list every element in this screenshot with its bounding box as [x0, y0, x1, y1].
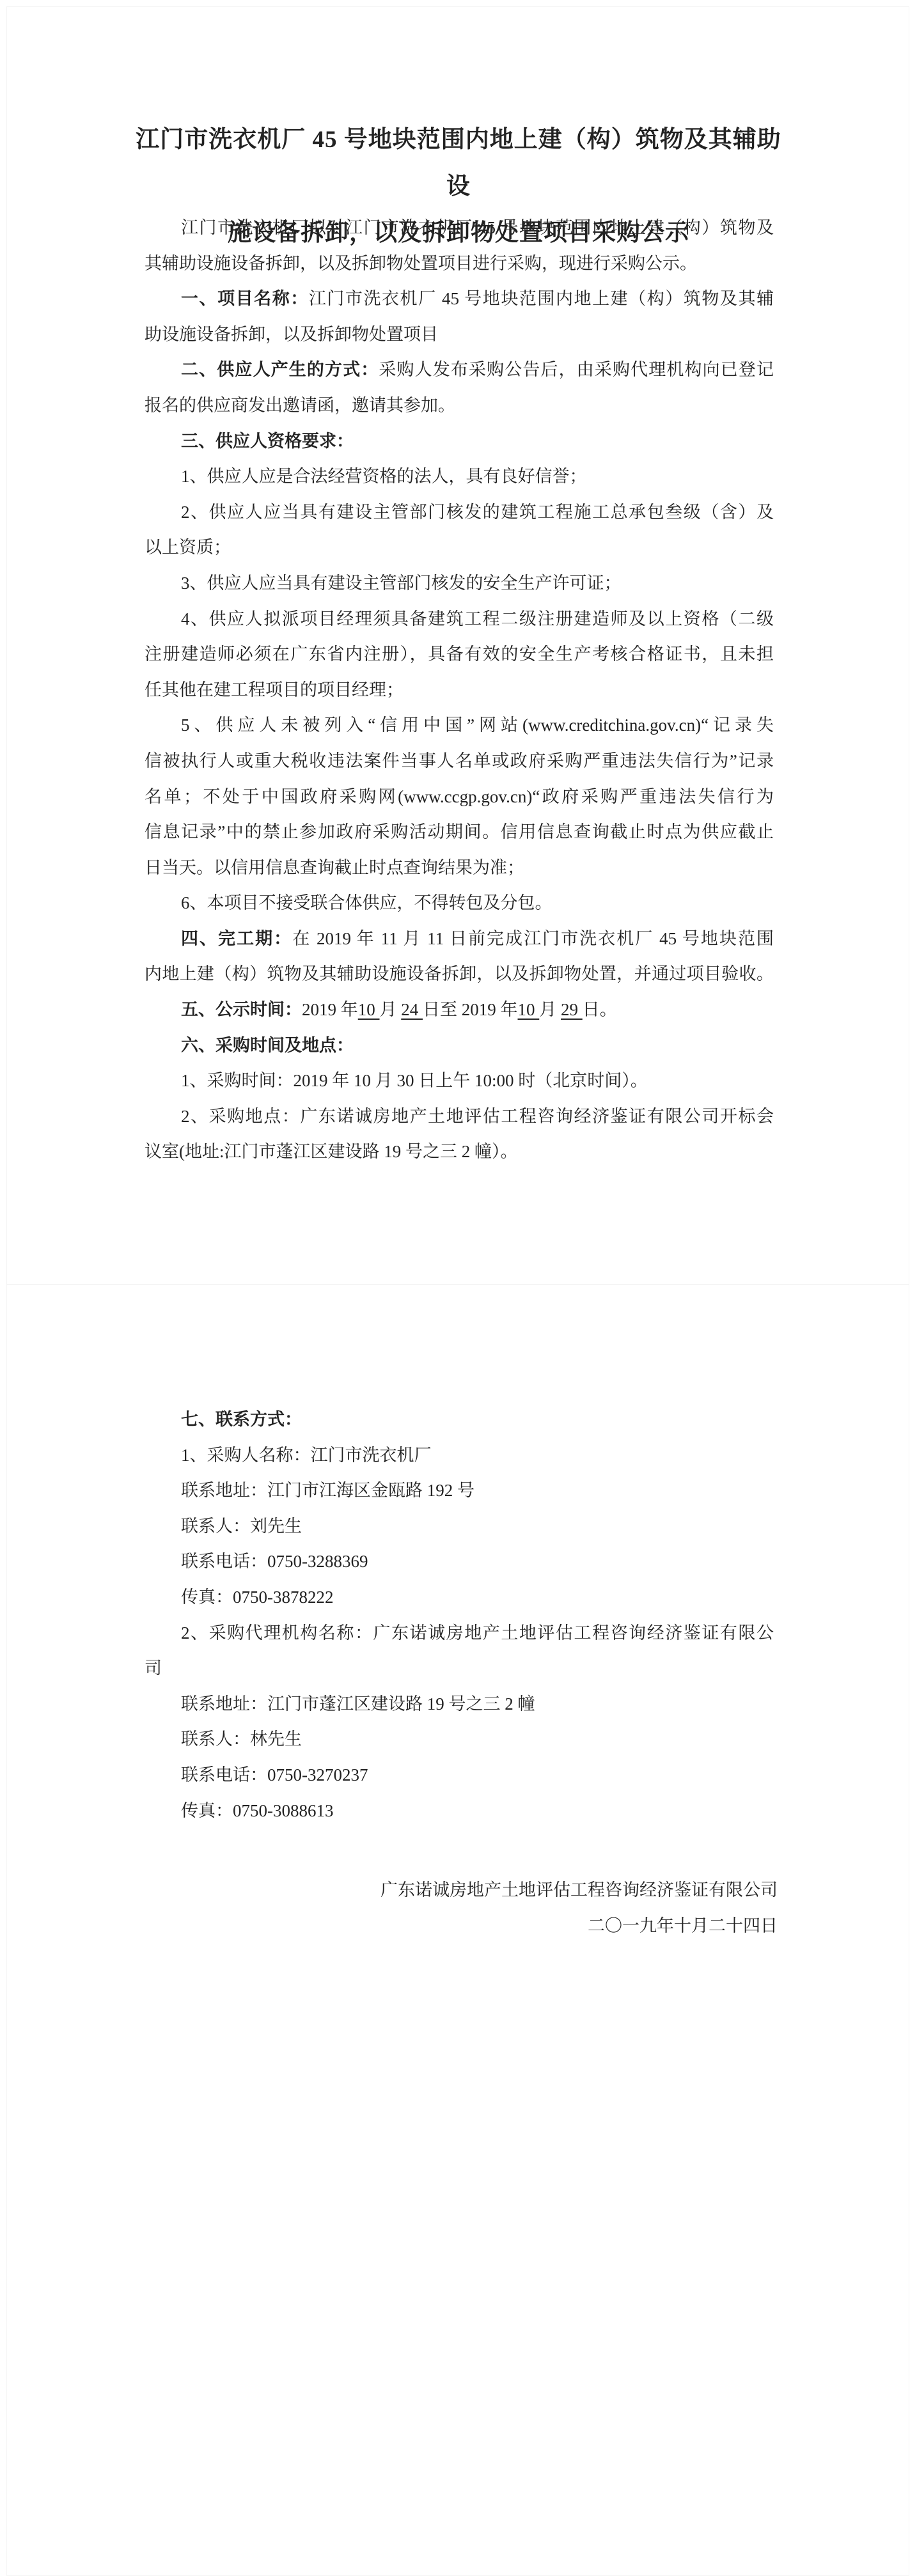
text-segment: 联系地址：江门市江海区金瓯路 192 号: [181, 1481, 474, 1500]
document-title-line-1: 江门市洗衣机厂 45 号地块范围内地上建（构）筑物及其辅助设: [134, 116, 783, 210]
text-segment: 2、采购代理机构名称：广东诺诚房地产土地评估工程咨询经济鉴证有限公: [181, 1623, 774, 1643]
document-line: 内地上建（构）筑物及其辅助设施设备拆卸，以及拆卸物处置，并通过项目验收。: [145, 956, 774, 992]
text-segment: 司: [145, 1659, 162, 1678]
text-segment: 联系人：林先生: [181, 1729, 302, 1749]
text-segment: 2、采购地点：广东诺诚房地产土地评估工程咨询经济鉴证有限公司开标会: [181, 1107, 774, 1126]
document-line: 2、采购地点：广东诺诚房地产土地评估工程咨询经济鉴证有限公司开标会: [145, 1099, 774, 1135]
line-heading-segment: 三、供应人资格要求：: [181, 432, 354, 451]
document-line: 注册建造师必须在广东省内注册），具备有效的安全生产考核合格证书，且未担: [145, 637, 774, 673]
text-segment: 5、供应人未被列入“信用中国”网站(www.creditchina.gov.cn…: [181, 715, 774, 735]
document-line: 联系人：刘先生: [145, 1509, 774, 1545]
text-segment: 内地上建（构）筑物及其辅助设施设备拆卸，以及拆卸物处置，并通过项目验收。: [145, 964, 774, 983]
signature-date: 二〇一九年十月二十四日: [145, 1909, 778, 1944]
document-line: 其辅助设施设备拆卸，以及拆卸物处置项目进行采购，现进行采购公示。: [145, 246, 774, 282]
text-segment: 信息记录”中的禁止参加政府采购活动期间。信用信息查询截止时点为供应截止: [145, 822, 774, 841]
text-segment: 2019 年: [302, 1000, 358, 1019]
text-segment: 1、采购时间：2019 年 10 月 30 日上午 10:00 时（北京时间）。: [181, 1071, 648, 1090]
underlined-segment: 24: [401, 1000, 423, 1019]
document-line: 日当天。以信用信息查询截止时点查询结果为准；: [145, 850, 774, 886]
text-segment: 6、本项目不接受联合体供应，不得转包及分包。: [181, 893, 553, 912]
document-line: 任其他在建工程项目的项目经理；: [145, 673, 774, 708]
document-body-page-1: 江门市洗衣机厂拟对江门市洗衣机厂 45 号地块范围内地上建（构）筑物及其辅助设施…: [145, 210, 774, 1170]
document-line: 报名的供应商发出邀请函，邀请其参加。: [145, 388, 774, 424]
document-line: 传真：0750-3088613: [145, 1793, 774, 1829]
document-line: 四、完工期：在 2019 年 11 月 11 日前完成江门市洗衣机厂 45 号地…: [145, 921, 774, 957]
text-segment: 联系电话：0750-3288369: [181, 1552, 368, 1571]
text-segment: 助设施设备拆卸，以及拆卸物处置项目: [145, 325, 438, 344]
text-segment: 月: [380, 1000, 402, 1019]
text-segment: 在 2019 年 11 月 11 日前完成江门市洗衣机厂 45 号地块范围: [292, 929, 774, 948]
document-line: 4、供应人拟派项目经理须具备建筑工程二级注册建造师及以上资格（二级: [145, 602, 774, 637]
text-segment: 名单；不处于中国政府采购网(www.ccgp.gov.cn)“政府采购严重违法失…: [145, 787, 774, 806]
text-segment: 采购人发布采购公告后，由采购代理机构向已登记: [379, 360, 774, 379]
document-line: 6、本项目不接受联合体供应，不得转包及分包。: [145, 886, 774, 921]
document-line: 助设施设备拆卸，以及拆卸物处置项目: [145, 317, 774, 353]
document-line: 以上资质；: [145, 530, 774, 566]
document-line: 七、联系方式：: [145, 1402, 774, 1438]
line-heading-segment: 一、项目名称：: [181, 289, 309, 308]
document-line: 信被执行人或重大税收违法案件当事人名单或政府采购严重违法失信行为”记录: [145, 744, 774, 779]
line-heading-segment: 六、采购时间及地点：: [181, 1036, 354, 1055]
text-segment: 1、采购人名称：江门市洗衣机厂: [181, 1446, 432, 1465]
text-segment: 联系人：刘先生: [181, 1517, 302, 1536]
text-segment: 4、供应人拟派项目经理须具备建筑工程二级注册建造师及以上资格（二级: [181, 609, 774, 628]
document-line: 信息记录”中的禁止参加政府采购活动期间。信用信息查询截止时点为供应截止: [145, 815, 774, 850]
line-heading-segment: 二、供应人产生的方式：: [181, 360, 379, 379]
text-segment: 江门市洗衣机厂拟对江门市洗衣机厂 45 号地块范围内地上建（构）筑物及: [181, 218, 774, 237]
line-heading-segment: 四、完工期：: [181, 929, 292, 948]
document-line: 二、供应人产生的方式：采购人发布采购公告后，由采购代理机构向已登记: [145, 352, 774, 388]
text-segment: 注册建造师必须在广东省内注册），具备有效的安全生产考核合格证书，且未担: [145, 644, 774, 664]
document-line: 联系地址：江门市江海区金瓯路 192 号: [145, 1473, 774, 1509]
document-line: 2、采购代理机构名称：广东诺诚房地产土地评估工程咨询经济鉴证有限公: [145, 1616, 774, 1651]
text-segment: 日当天。以信用信息查询截止时点查询结果为准；: [145, 858, 524, 877]
document-line: 传真：0750-3878222: [145, 1580, 774, 1616]
text-segment: 日至 2019 年: [423, 1000, 518, 1019]
underlined-segment: 10: [518, 1000, 540, 1019]
document-line: 一、项目名称：江门市洗衣机厂 45 号地块范围内地上建（构）筑物及其辅: [145, 281, 774, 317]
document-line: 三、供应人资格要求：: [145, 424, 774, 460]
text-segment: 联系地址：江门市蓬江区建设路 19 号之三 2 幢: [181, 1694, 535, 1713]
document-line: 联系人：林先生: [145, 1722, 774, 1758]
text-segment: 其辅助设施设备拆卸，以及拆卸物处置项目进行采购，现进行采购公示。: [145, 254, 697, 273]
signature-block: 广东诺诚房地产土地评估工程咨询经济鉴证有限公司 二〇一九年十月二十四日: [145, 1873, 778, 1944]
document-line: 司: [145, 1651, 774, 1687]
text-segment: 以上资质；: [145, 538, 231, 557]
text-segment: 联系电话：0750-3270237: [181, 1765, 368, 1784]
document-line: 五、公示时间：2019 年10 月 24 日至 2019 年10 月 29 日。: [145, 992, 774, 1028]
document-line: 5、供应人未被列入“信用中国”网站(www.creditchina.gov.cn…: [145, 708, 774, 744]
line-heading-segment: 五、公示时间：: [181, 1000, 302, 1019]
text-segment: 江门市洗衣机厂 45 号地块范围内地上建（构）筑物及其辅: [309, 289, 774, 308]
text-segment: 3、供应人应当具有建设主管部门核发的安全生产许可证；: [181, 574, 622, 593]
document-line: 江门市洗衣机厂拟对江门市洗衣机厂 45 号地块范围内地上建（构）筑物及: [145, 210, 774, 246]
document-line: 1、采购时间：2019 年 10 月 30 日上午 10:00 时（北京时间）。: [145, 1063, 774, 1099]
text-segment: 1、供应人应是合法经营资格的法人，具有良好信誉；: [181, 467, 587, 486]
document-line: 议室(地址:江门市蓬江区建设路 19 号之三 2 幢）。: [145, 1134, 774, 1170]
text-segment: 月: [539, 1000, 561, 1019]
document-line: 联系电话：0750-3288369: [145, 1544, 774, 1580]
signature-company: 广东诺诚房地产土地评估工程咨询经济鉴证有限公司: [145, 1873, 778, 1909]
underlined-segment: 29: [561, 1000, 583, 1019]
document-page: { "colors": { "text": "#222222", "page_b…: [0, 0, 917, 2576]
document-line: 1、采购人名称：江门市洗衣机厂: [145, 1438, 774, 1474]
document-line: 名单；不处于中国政府采购网(www.ccgp.gov.cn)“政府采购严重违法失…: [145, 779, 774, 815]
underlined-segment: 10: [358, 1000, 380, 1019]
document-line: 1、供应人应是合法经营资格的法人，具有良好信誉；: [145, 459, 774, 495]
line-heading-segment: 七、联系方式：: [181, 1410, 302, 1429]
document-body-page-2: 七、联系方式：1、采购人名称：江门市洗衣机厂联系地址：江门市江海区金瓯路 192…: [145, 1402, 774, 1829]
document-line: 2、供应人应当具有建设主管部门核发的建筑工程施工总承包叁级（含）及: [145, 495, 774, 531]
text-segment: 传真：0750-3088613: [181, 1801, 334, 1820]
document-line: 联系电话：0750-3270237: [145, 1758, 774, 1793]
text-segment: 日。: [583, 1000, 617, 1019]
text-segment: 2、供应人应当具有建设主管部门核发的建筑工程施工总承包叁级（含）及: [181, 503, 774, 522]
text-segment: 报名的供应商发出邀请函，邀请其参加。: [145, 396, 455, 415]
text-segment: 议室(地址:江门市蓬江区建设路 19 号之三 2 幢）。: [145, 1142, 518, 1161]
text-segment: 任其他在建工程项目的项目经理；: [145, 680, 404, 699]
document-line: 六、采购时间及地点：: [145, 1028, 774, 1064]
text-segment: 传真：0750-3878222: [181, 1588, 334, 1607]
document-line: 3、供应人应当具有建设主管部门核发的安全生产许可证；: [145, 566, 774, 602]
document-line: 联系地址：江门市蓬江区建设路 19 号之三 2 幢: [145, 1687, 774, 1722]
text-segment: 信被执行人或重大税收违法案件当事人名单或政府采购严重违法失信行为”记录: [145, 751, 774, 770]
